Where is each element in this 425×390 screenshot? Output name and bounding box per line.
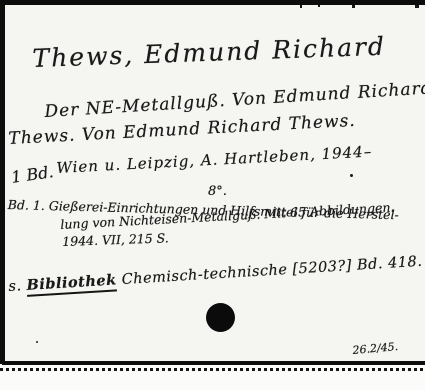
punch-hole [206,303,235,332]
scanned-catalog-card-view: Thews, Edmund Richard Der NE-Metallguß. … [0,0,425,390]
scan-noise-tick [318,5,320,7]
card-bottom-edge [2,361,425,365]
format-note: 8°. [208,184,227,199]
scan-noise-tick [352,5,355,8]
scan-perforation-line [0,368,425,371]
reference-prefix: s. [8,278,27,295]
scan-edge-top [0,0,425,5]
scan-noise-tick [300,5,302,8]
ink-speck [36,341,38,343]
ink-speck [350,174,353,177]
scan-edge-left [0,0,5,364]
scan-noise-tick [415,5,419,8]
